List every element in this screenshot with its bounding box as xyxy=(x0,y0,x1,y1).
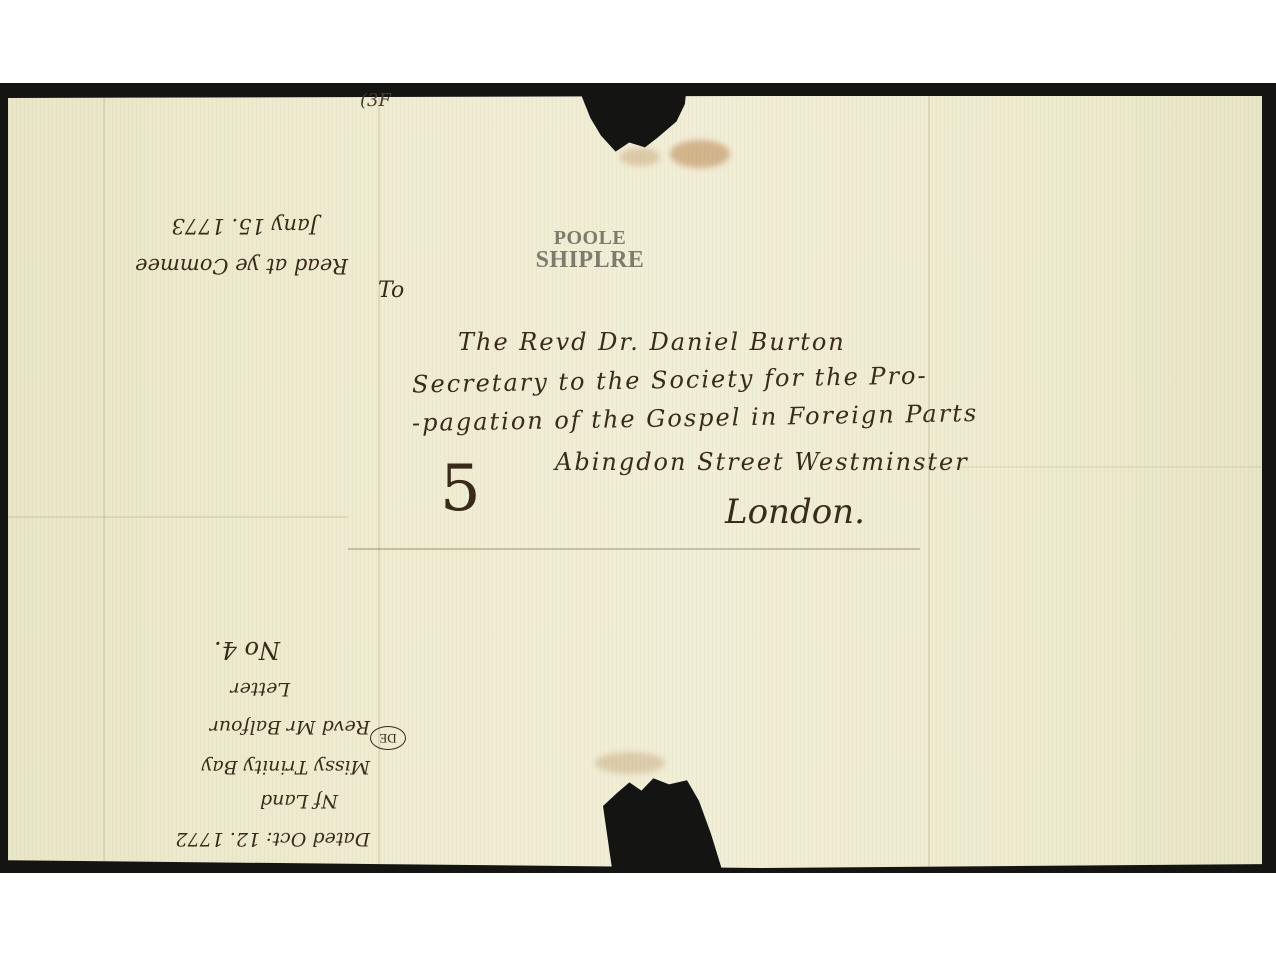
inverted-docket-letter-info: Dated Oct: 12. 1772 Nf Land Missy Trinit… xyxy=(120,605,380,860)
rust-stain xyxy=(595,752,665,774)
rate-marking: 5 xyxy=(440,452,481,526)
inverted-note-line: No 4. xyxy=(214,636,280,664)
rust-stain xyxy=(620,148,660,166)
handstamp-line1: POOLE xyxy=(520,228,660,248)
address-line-5: London. xyxy=(725,492,865,532)
inverted-note-line: Letter xyxy=(231,678,290,700)
fold-line xyxy=(928,96,930,868)
inverted-note-line: Nf Land xyxy=(260,790,338,812)
docket-number: (3F xyxy=(360,90,391,111)
inverted-note-line: Jany 15. 1773 xyxy=(171,214,318,238)
inverted-docket-read-at-committee: Read at ye Commee Jany 15. 1773 xyxy=(118,200,368,290)
fold-line xyxy=(920,466,1262,468)
address-line-4: Abingdon Street Westminster xyxy=(555,448,969,476)
handstamp-line2: SHIPLRE xyxy=(520,248,660,272)
inverted-note-line: Read at ye Commee xyxy=(135,254,348,278)
inverted-note-line: Revd Mr Balfour xyxy=(210,716,370,738)
address-line-1: The Revd Dr. Daniel Burton xyxy=(458,328,846,356)
inverted-note-line: Missy Trinity Bay xyxy=(202,756,370,778)
fold-line xyxy=(103,96,105,868)
address-to: To xyxy=(378,278,404,303)
rust-stain xyxy=(670,140,730,168)
oval-handstamp: DE xyxy=(370,726,406,750)
fold-line xyxy=(348,548,920,550)
inverted-note-line: Dated Oct: 12. 1772 xyxy=(175,828,370,850)
fold-line xyxy=(8,516,348,518)
poole-ship-letter-handstamp: POOLE SHIPLRE xyxy=(520,228,660,272)
